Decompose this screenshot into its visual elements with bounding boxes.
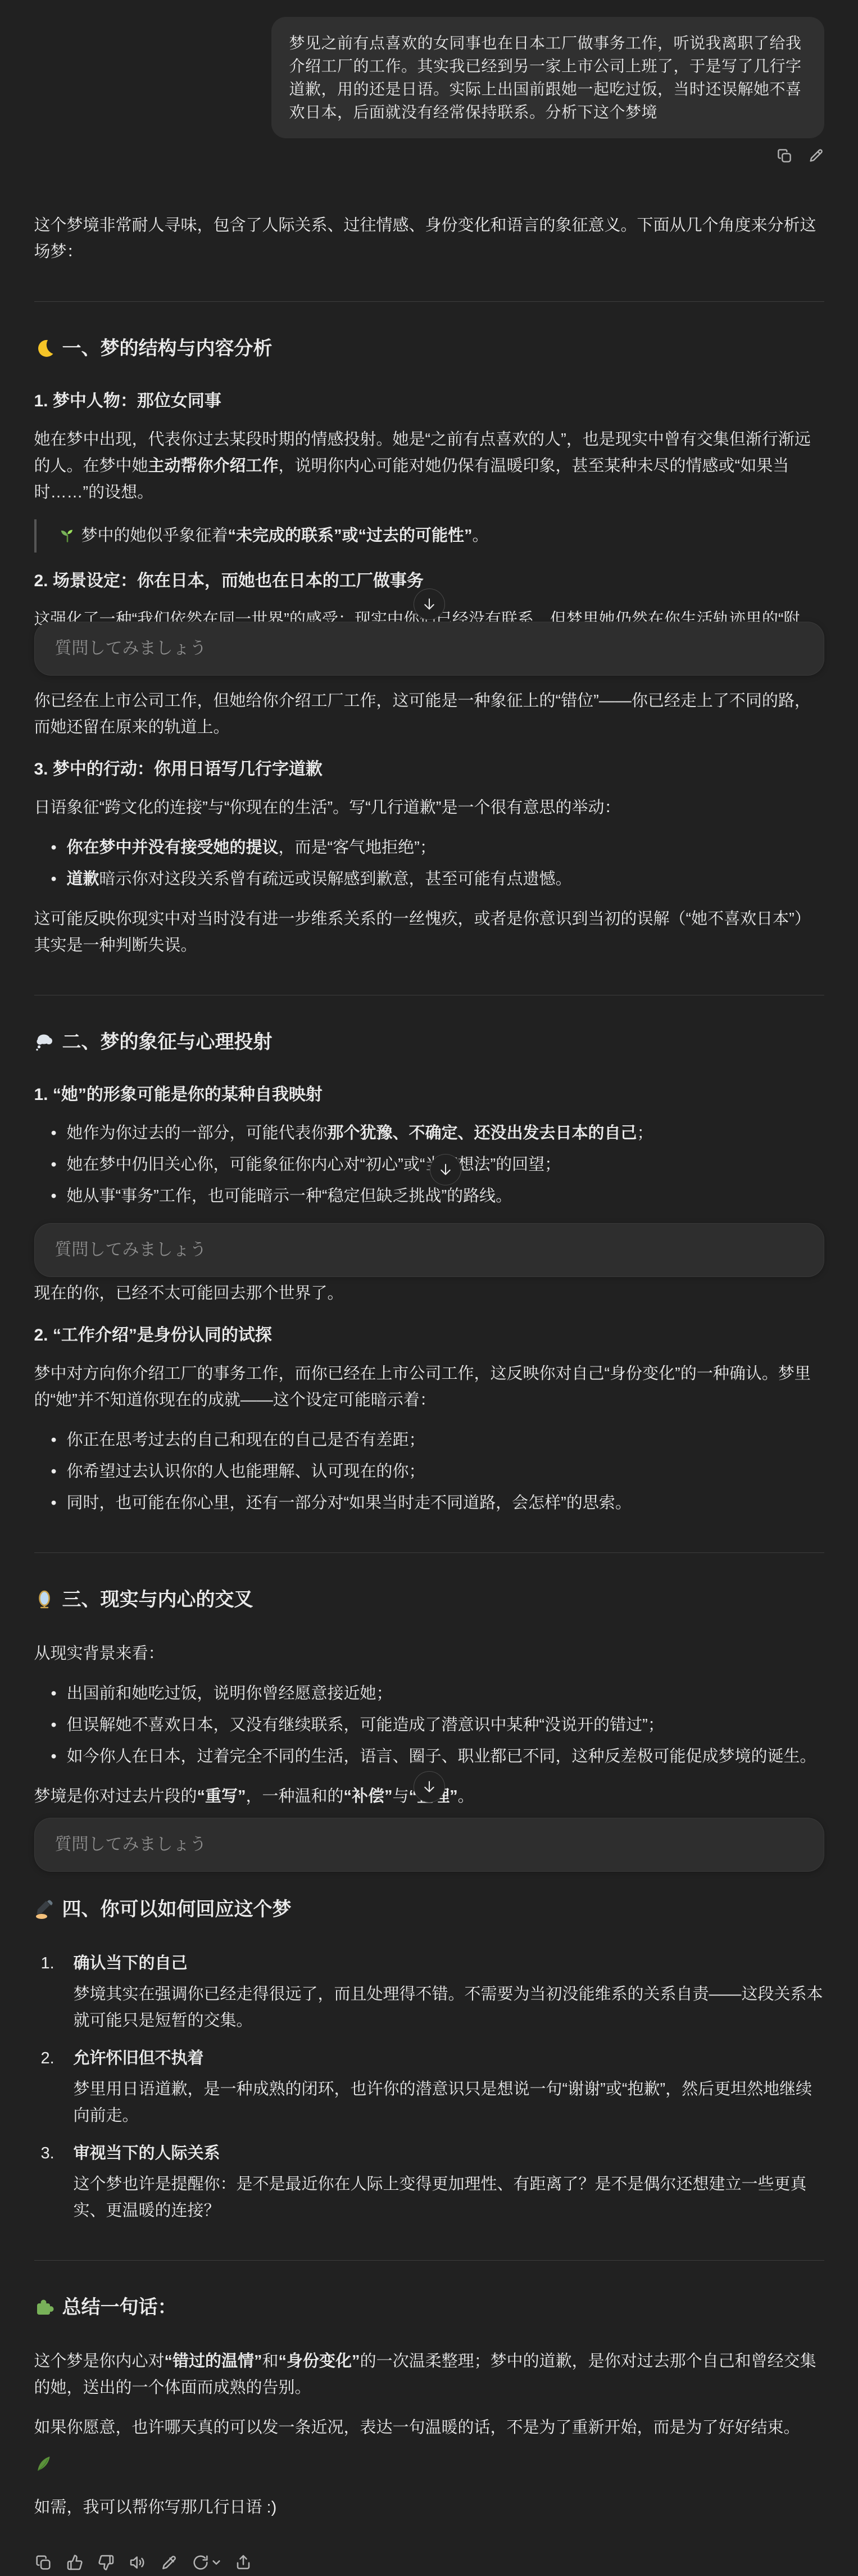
paragraph: 这个梦是你内心对“错过的温情”和“身份变化”的一次温柔整理；梦中的道歉，是你对过… [34, 2348, 824, 2401]
seedling-icon [59, 526, 76, 543]
paragraph-clipped-top: 现在的你，已经不太可能回去那个世界了。 [34, 1280, 824, 1307]
list-item: 你在梦中并没有接受她的提议，而是“客气地拒绝”； [67, 835, 824, 861]
pen-icon [160, 2554, 178, 2572]
summary-heading: 总结一句话： [34, 2294, 824, 2320]
blockquote: 梦中的她似乎象征着“未完成的联系”或“过去的可能性”。 [34, 519, 824, 553]
section-2-heading: 二、梦的象征与心理投射 [34, 1029, 824, 1055]
arrow-down-icon [437, 1161, 454, 1178]
numbered-item: 1. 确认当下的自己 梦境其实在强调你已经走得很远了，而且处理得不错。不需要为当… [34, 1950, 824, 2034]
refresh-icon [192, 2554, 210, 2572]
thought-balloon-icon [34, 1032, 55, 1052]
regenerate-button[interactable] [192, 2554, 210, 2572]
item-title: 确认当下的自己 [74, 1950, 824, 1977]
arrow-down-icon [421, 596, 438, 613]
item-text: 梦里用日语道歉，是一种成熟的闭环，也许你的潜意识只是想说一句“谢谢”或“抱歉”，… [74, 2076, 824, 2129]
paragraph: 她在梦中出现，代表你过去某段时期的情感投射。她是“之前有点喜欢的人”，也是现实中… [34, 427, 824, 506]
regenerate-options-button[interactable] [212, 2558, 221, 2567]
item-title: 允许怀旧但不执着 [74, 2045, 824, 2072]
numbered-list: 1. 确认当下的自己 梦境其实在强调你已经走得很远了，而且处理得不错。不需要为当… [34, 1950, 824, 2224]
section-1-sub-3-heading: 3. 梦中的行动：你用日语写几行字道歉 [34, 758, 824, 781]
paragraph: 梦中对方向你介绍工厂的事务工作，而你已经在上市公司工作，这反映你对自己“身份变化… [34, 1361, 824, 1414]
assistant-actions [34, 2554, 824, 2572]
section-2-sub-1-heading: 1. “她”的形象可能是你的某种自我映射 [34, 1083, 824, 1107]
speaker-icon [129, 2554, 147, 2572]
bullet-list: 你在梦中并没有接受她的提议，而是“客气地拒绝”； 道歉暗示你对这段关系曾有疏远或… [34, 835, 824, 893]
section-2-sub-2-heading: 2. “工作介绍”是身份认同的试探 [34, 1324, 824, 1347]
regenerate-group [192, 2554, 221, 2572]
paragraph: 如需，我可以帮你写那几行日语 :) [34, 2494, 824, 2521]
question-input-field[interactable] [54, 1240, 805, 1260]
list-item: 但误解她不喜欢日本，又没有继续联系，可能造成了潜意识中某种“没说开的错过”； [67, 1712, 824, 1739]
section-1-heading: 一、梦的结构与内容分析 [34, 336, 824, 361]
bad-response-button[interactable] [97, 2554, 115, 2572]
paragraph: 这可能反映你现实中对当时没有进一步维系关系的一丝愧疚，或者是你意识到当初的误解（… [34, 906, 824, 959]
list-item: 你正在思考过去的自己和现在的自己是否有差距； [67, 1427, 824, 1454]
herb-icon [34, 2455, 52, 2473]
arrow-down-icon [421, 1778, 438, 1795]
thumbs-up-icon [66, 2554, 84, 2572]
divider [34, 1552, 824, 1553]
list-item: 你希望过去认识你的人也能理解、认可现在的你； [67, 1459, 824, 1485]
writing-hand-icon [34, 1899, 55, 1919]
bullet-list: 出国前和她吃过饭，说明你曾经愿意接近她； 但误解她不喜欢日本，又没有继续联系，可… [34, 1681, 824, 1770]
chevron-down-icon [212, 2558, 221, 2567]
numbered-item: 2. 允许怀旧但不执着 梦里用日语道歉，是一种成熟的闭环，也许你的潜意识只是想说… [34, 2045, 824, 2129]
list-item: 出国前和她吃过饭，说明你曾经愿意接近她； [67, 1681, 824, 1707]
paragraph: 如果你愿意，也许哪天真的可以发一条近况，表达一句温暖的话，不是为了重新开始，而是… [34, 2415, 824, 2441]
paragraph: 你已经在上市公司工作，但她给你介绍工厂工作，这可能是一种象征上的“错位”——你已… [34, 688, 824, 741]
paragraph: 从现实背景来看： [34, 1641, 824, 1667]
list-item: 她从事“事务”工作，也可能暗示一种“稳定但缺乏挑战”的路线。 [67, 1183, 824, 1210]
edit-message-button[interactable] [807, 147, 824, 164]
user-message-bubble: 梦见之前有点喜欢的女同事也在日本工厂做事务工作，听说我离职了给我介绍工厂的工作。… [271, 17, 824, 138]
section-3-heading: 三、现实与内心的交叉 [34, 1587, 824, 1613]
copy-button[interactable] [776, 147, 793, 164]
edit-in-canvas-button[interactable] [160, 2554, 178, 2572]
intro-paragraph: 这个梦境非常耐人寻味，包含了人际关系、过往情感、身份变化和语言的象征意义。下面从… [34, 212, 824, 265]
list-item: 如今你人在日本，过着完全不同的生活，语言、圈子、职业都已不同，这种反差极可能促成… [67, 1744, 824, 1770]
section-4-heading: 四、你可以如何回应这个梦 [34, 1896, 824, 1922]
scroll-to-bottom-button[interactable] [414, 588, 445, 620]
item-text: 梦境其实在强调你已经走得很远了，而且处理得不错。不需要为当初没能维系的关系自责—… [74, 1981, 824, 2034]
divider [34, 2260, 824, 2261]
divider [34, 301, 824, 302]
bullet-list: 她作为你过去的一部分，可能代表你那个犹豫、不确定、还没出发去日本的自己； 她在梦… [34, 1120, 824, 1210]
list-item: 同时，也可能在你心里，还有一部分对“如果当时走不同道路，会怎样”的思索。 [67, 1490, 824, 1516]
question-input-field[interactable] [54, 1835, 805, 1855]
section-1-sub-1-heading: 1. 梦中人物：那位女同事 [34, 390, 824, 413]
paragraph: 日语象征“跨文化的连接”与“你现在的生活”。写“几行道歉”是一个很有意思的举动： [34, 795, 824, 821]
list-item: 道歉暗示你对这段关系曾有疏远或误解感到歉意，甚至可能有点遗憾。 [67, 866, 824, 893]
copy-button[interactable] [34, 2554, 52, 2572]
divider [34, 995, 824, 995]
list-item: 她作为你过去的一部分，可能代表你那个犹豫、不确定、还没出发去日本的自己； [67, 1120, 824, 1147]
herb-emoji-line [34, 2455, 824, 2481]
chat-page: 梦见之前有点喜欢的女同事也在日本工厂做事务工作，听说我离职了给我介绍工厂的工作。… [34, 0, 824, 2572]
copy-icon [776, 147, 793, 164]
crescent-moon-icon [34, 338, 55, 359]
numbered-item: 3. 审视当下的人际关系 这个梦也许是提醒你：是不是最近你在人际上变得更加理性、… [34, 2140, 824, 2224]
good-response-button[interactable] [66, 2554, 84, 2572]
scroll-to-bottom-button[interactable] [430, 1154, 461, 1185]
copy-icon [34, 2554, 52, 2572]
user-message-text: 梦见之前有点喜欢的女同事也在日本工厂做事务工作，听说我离职了给我介绍工厂的工作。… [289, 34, 802, 121]
puzzle-piece-icon [34, 2297, 55, 2317]
bullet-list: 你正在思考过去的自己和现在的自己是否有差距； 你希望过去认识你的人也能理解、认可… [34, 1427, 824, 1516]
item-title: 审视当下的人际关系 [74, 2140, 824, 2167]
mirror-icon [34, 1590, 55, 1610]
pencil-icon [807, 147, 824, 164]
share-icon [234, 2554, 252, 2572]
floating-question-input[interactable] [34, 622, 824, 676]
scroll-to-bottom-button[interactable] [414, 1771, 445, 1803]
floating-question-input[interactable] [34, 1818, 824, 1872]
user-message-actions [34, 146, 824, 165]
read-aloud-button[interactable] [129, 2554, 147, 2572]
share-button[interactable] [234, 2554, 252, 2572]
user-message-row: 梦见之前有点喜欢的女同事也在日本工厂做事务工作，听说我离职了给我介绍工厂的工作。… [34, 17, 824, 138]
floating-question-input[interactable] [34, 1223, 824, 1277]
thumbs-down-icon [97, 2554, 115, 2572]
item-text: 这个梦也许是提醒你：是不是最近你在人际上变得更加理性、有距离了？是不是偶尔还想建… [74, 2171, 824, 2224]
assistant-message: 这个梦境非常耐人寻味，包含了人际关系、过往情感、身份变化和语言的象征意义。下面从… [34, 212, 824, 2572]
question-input-field[interactable] [54, 639, 805, 659]
